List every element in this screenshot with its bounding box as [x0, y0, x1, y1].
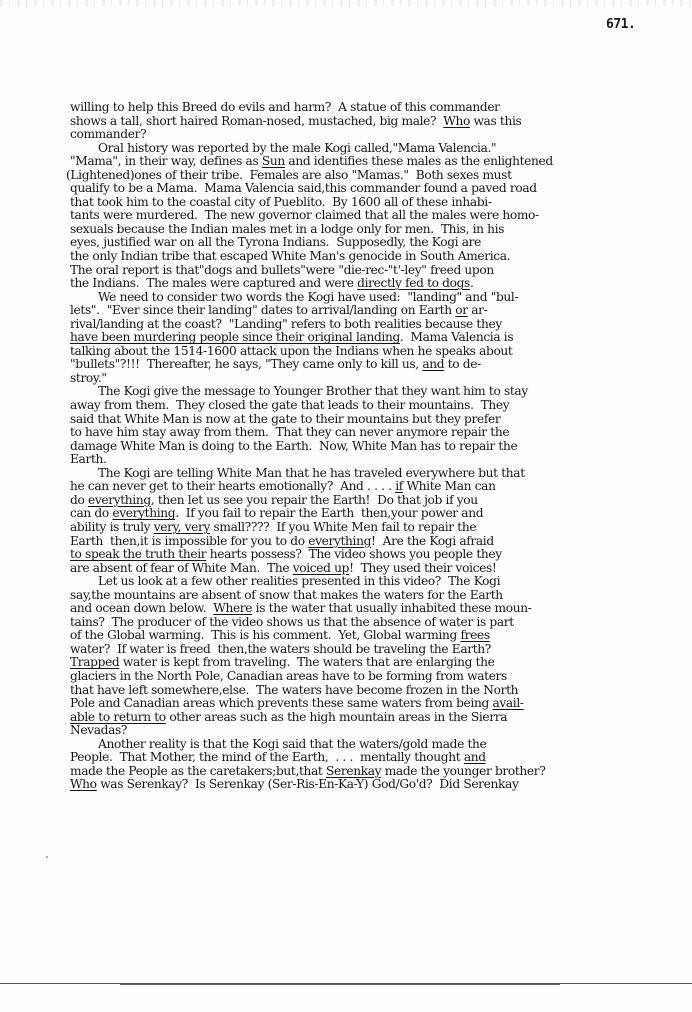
- line-text: People. That Mother, the mind of the Ear…: [70, 750, 464, 764]
- line-text-after: White Man can: [403, 479, 496, 493]
- line-text: Earth then,it is impossible for you to d…: [70, 534, 308, 548]
- line-text: stroy.": [70, 371, 107, 385]
- text-line: the only Indian tribe that escaped White…: [70, 250, 670, 264]
- line-text: the Indians. The males were captured and…: [70, 276, 357, 290]
- line-text: qualify to be a Mama. Mama Valencia said…: [70, 181, 537, 195]
- paragraph: Another reality is that the Kogi said th…: [70, 738, 670, 792]
- line-text: Nevadas?: [70, 723, 127, 737]
- text-line: Pole and Canadian areas which prevents t…: [70, 697, 670, 711]
- line-text: commander?: [70, 127, 146, 141]
- text-line: Nevadas?: [70, 724, 670, 738]
- text-line: are absent of fear of White Man. The voi…: [70, 562, 670, 576]
- underlined-text: able to return to: [70, 710, 166, 724]
- text-line: Let us look at a few other realities pre…: [70, 575, 670, 589]
- paragraph: The Kogi are telling White Man that he h…: [70, 467, 670, 575]
- line-text-after: water is kept from traveling. The waters…: [119, 655, 494, 669]
- text-line: the Indians. The males were captured and…: [70, 277, 670, 291]
- text-line: "Mama", in their way, defines as Sun and…: [70, 155, 670, 169]
- text-line: tains? The producer of the video shows u…: [70, 616, 670, 630]
- underlined-text: voiced up: [293, 561, 349, 575]
- text-line: willing to help this Breed do evils and …: [70, 101, 670, 115]
- line-text: lets". "Ever since their landing" dates …: [70, 303, 455, 317]
- line-text-after: to de-: [444, 357, 481, 371]
- line-text: ability is truly: [70, 520, 154, 534]
- line-text: away from them. They closed the gate tha…: [70, 398, 509, 412]
- text-line: Oral history was reported by the male Ko…: [70, 142, 670, 156]
- line-text: of the Global warming. This is his comme…: [70, 628, 460, 642]
- line-text: sexuals because the Indian males met in …: [70, 222, 504, 236]
- line-text-after: was this: [470, 114, 521, 128]
- line-text-after: small???? If you White Men fail to repai…: [210, 520, 476, 534]
- line-text-after: was Serenkay? Is Serenkay (Ser-Ris-En-Ka…: [97, 777, 519, 791]
- text-line: commander?: [70, 128, 670, 142]
- line-text: "Mama", in their way, defines as: [70, 154, 262, 168]
- text-line: People. That Mother, the mind of the Ear…: [70, 751, 670, 765]
- underlined-text: Who: [70, 777, 97, 791]
- line-text: are absent of fear of White Man. The: [70, 561, 293, 575]
- text-line: (Lightened)ones of their tribe. Females …: [66, 169, 670, 183]
- text-line: lets". "Ever since their landing" dates …: [70, 304, 670, 318]
- line-text: that have left somewhere,else. The water…: [70, 683, 518, 697]
- line-text: (Lightened)ones of their tribe. Females …: [66, 168, 512, 182]
- text-line: Who was Serenkay? Is Serenkay (Ser-Ris-E…: [70, 778, 670, 792]
- text-line: have been murdering people since their o…: [70, 331, 670, 345]
- line-text: "bullets"?!!! Thereafter, he says, "They…: [70, 357, 422, 371]
- line-text: We need to consider two words the Kogi h…: [98, 290, 518, 304]
- underlined-text: Where: [213, 601, 252, 615]
- line-text: talking about the 1514-1600 attack upon …: [70, 344, 512, 358]
- text-line: can do everything. If you fail to repair…: [70, 507, 670, 521]
- text-line: to speak the truth their hearts possess?…: [70, 548, 670, 562]
- line-text: willing to help this Breed do evils and …: [70, 100, 500, 114]
- text-line: that have left somewhere,else. The water…: [70, 684, 670, 698]
- line-text: made the People as the caretakers;but,th…: [70, 764, 326, 778]
- paragraph: Let us look at a few other realities pre…: [70, 575, 670, 738]
- text-line: sexuals because the Indian males met in …: [70, 223, 670, 237]
- text-line: that took him to the coastal city of Pue…: [70, 196, 670, 210]
- line-text-after: ! They used their voices!: [349, 561, 496, 575]
- page-number: 671.: [606, 17, 635, 32]
- text-line: said that White Man is now at the gate t…: [70, 413, 670, 427]
- text-line: made the People as the caretakers;but,th…: [70, 765, 670, 779]
- underlined-text: everything: [308, 534, 371, 548]
- line-text-after: , then let us see you repair the Earth! …: [151, 493, 478, 507]
- underlined-text: directly fed to dogs: [357, 276, 470, 290]
- line-text: rival/landing at the coast? "Landing" re…: [70, 317, 502, 331]
- paragraph: The Kogi give the message to Younger Bro…: [70, 385, 670, 466]
- text-line: ability is truly very, very small???? If…: [70, 521, 670, 535]
- line-text: said that White Man is now at the gate t…: [70, 412, 500, 426]
- line-text: that took him to the coastal city of Pue…: [70, 195, 492, 209]
- underlined-text: everything: [88, 493, 151, 507]
- underlined-text: if: [395, 479, 403, 493]
- line-text: Pole and Canadian areas which prevents t…: [70, 696, 492, 710]
- underlined-text: and: [422, 357, 444, 371]
- line-text: The Kogi are telling White Man that he h…: [98, 466, 525, 480]
- bottom-rule-dark: [120, 984, 560, 985]
- text-line: of the Global warming. This is his comme…: [70, 629, 670, 643]
- line-text: The Kogi give the message to Younger Bro…: [98, 384, 528, 398]
- underlined-text: have been murdering people since their o…: [70, 330, 400, 344]
- body-text: willing to help this Breed do evils and …: [70, 101, 670, 792]
- text-line: do everything, then let us see you repai…: [70, 494, 670, 508]
- line-text-after: other areas such as the high mountain ar…: [166, 710, 507, 724]
- text-line: The oral report is that"dogs and bullets…: [70, 264, 670, 278]
- document-page: 671. willing to help this Breed do evils…: [0, 0, 692, 1012]
- line-text: to have him stay away from them. That th…: [70, 425, 509, 439]
- text-line: he can never get to their hearts emotion…: [70, 480, 670, 494]
- line-text: The oral report is that"dogs and bullets…: [70, 263, 494, 277]
- text-line: Trapped water is kept from traveling. Th…: [70, 656, 670, 670]
- paragraph: willing to help this Breed do evils and …: [70, 101, 670, 142]
- text-line: to have him stay away from them. That th…: [70, 426, 670, 440]
- line-text-after: ar-: [468, 303, 488, 317]
- line-text-after: ! Are the Kogi afraid: [371, 534, 494, 548]
- text-line: We need to consider two words the Kogi h…: [70, 291, 670, 305]
- text-line: qualify to be a Mama. Mama Valencia said…: [70, 182, 670, 196]
- line-text-after: . If you fail to repair the Earth then,y…: [175, 506, 483, 520]
- line-text: Let us look at a few other realities pre…: [98, 574, 500, 588]
- text-line: Earth then,it is impossible for you to d…: [70, 535, 670, 549]
- line-text: Another reality is that the Kogi said th…: [98, 737, 486, 751]
- line-text: he can never get to their hearts emotion…: [70, 479, 395, 493]
- text-line: damage White Man is doing to the Earth. …: [70, 440, 670, 454]
- line-text: water? If water is freed then,the waters…: [70, 642, 491, 656]
- paragraph: Oral history was reported by the male Ko…: [70, 142, 670, 291]
- text-line: The Kogi give the message to Younger Bro…: [70, 385, 670, 399]
- line-text-after: is the water that usually inhabited thes…: [252, 601, 531, 615]
- line-text: Oral history was reported by the male Ko…: [98, 141, 496, 155]
- paragraph: We need to consider two words the Kogi h…: [70, 291, 670, 386]
- underlined-text: Trapped: [70, 655, 119, 669]
- underlined-text: or: [455, 303, 467, 317]
- text-line: able to return to other areas such as th…: [70, 711, 670, 725]
- underlined-text: to speak the truth their: [70, 547, 206, 561]
- line-text: say,the mountains are absent of snow tha…: [70, 588, 503, 602]
- line-text-after: .: [470, 276, 474, 290]
- text-line: The Kogi are telling White Man that he h…: [70, 467, 670, 481]
- line-text-after: hearts possess? The video shows you peop…: [206, 547, 502, 561]
- underlined-text: everything: [112, 506, 175, 520]
- text-line: Another reality is that the Kogi said th…: [70, 738, 670, 752]
- scan-edge-noise: [0, 0, 692, 6]
- underlined-text: Sun: [262, 154, 285, 168]
- line-text: tains? The producer of the video shows u…: [70, 615, 514, 629]
- text-line: glaciers in the North Pole, Canadian are…: [70, 670, 670, 684]
- line-text: damage White Man is doing to the Earth. …: [70, 439, 517, 453]
- text-line: tants were murdered. The new governor cl…: [70, 209, 670, 223]
- line-text: do: [70, 493, 88, 507]
- text-line: Earth.: [70, 453, 670, 467]
- line-text: eyes, justified war on all the Tyrona In…: [70, 235, 481, 249]
- line-text: Earth.: [70, 452, 107, 466]
- scan-speck: [46, 856, 48, 858]
- text-line: water? If water is freed then,the waters…: [70, 643, 670, 657]
- text-line: away from them. They closed the gate tha…: [70, 399, 670, 413]
- underlined-text: and: [464, 750, 486, 764]
- line-text: tants were murdered. The new governor cl…: [70, 208, 539, 222]
- text-line: and ocean down below. Where is the water…: [70, 602, 670, 616]
- line-text: can do: [70, 506, 112, 520]
- text-line: say,the mountains are absent of snow tha…: [70, 589, 670, 603]
- underlined-text: very, very: [154, 520, 210, 534]
- line-text: the only Indian tribe that escaped White…: [70, 249, 510, 263]
- text-line: talking about the 1514-1600 attack upon …: [70, 345, 670, 359]
- line-text: glaciers in the North Pole, Canadian are…: [70, 669, 507, 683]
- line-text-after: made the younger brother?: [381, 764, 545, 778]
- line-text: shows a tall, short haired Roman-nosed, …: [70, 114, 443, 128]
- underlined-text: Who: [443, 114, 470, 128]
- underlined-text: frees: [460, 628, 489, 642]
- underlined-text: Serenkay: [326, 764, 381, 778]
- line-text-after: . Mama Valencia is: [400, 330, 513, 344]
- text-line: eyes, justified war on all the Tyrona In…: [70, 236, 670, 250]
- text-line: stroy.": [70, 372, 670, 386]
- text-line: shows a tall, short haired Roman-nosed, …: [70, 115, 670, 129]
- text-line: rival/landing at the coast? "Landing" re…: [70, 318, 670, 332]
- line-text: and ocean down below.: [70, 601, 213, 615]
- text-line: "bullets"?!!! Thereafter, he says, "They…: [70, 358, 670, 372]
- underlined-text: avail-: [492, 696, 523, 710]
- line-text-after: and identifies these males as the enligh…: [285, 154, 553, 168]
